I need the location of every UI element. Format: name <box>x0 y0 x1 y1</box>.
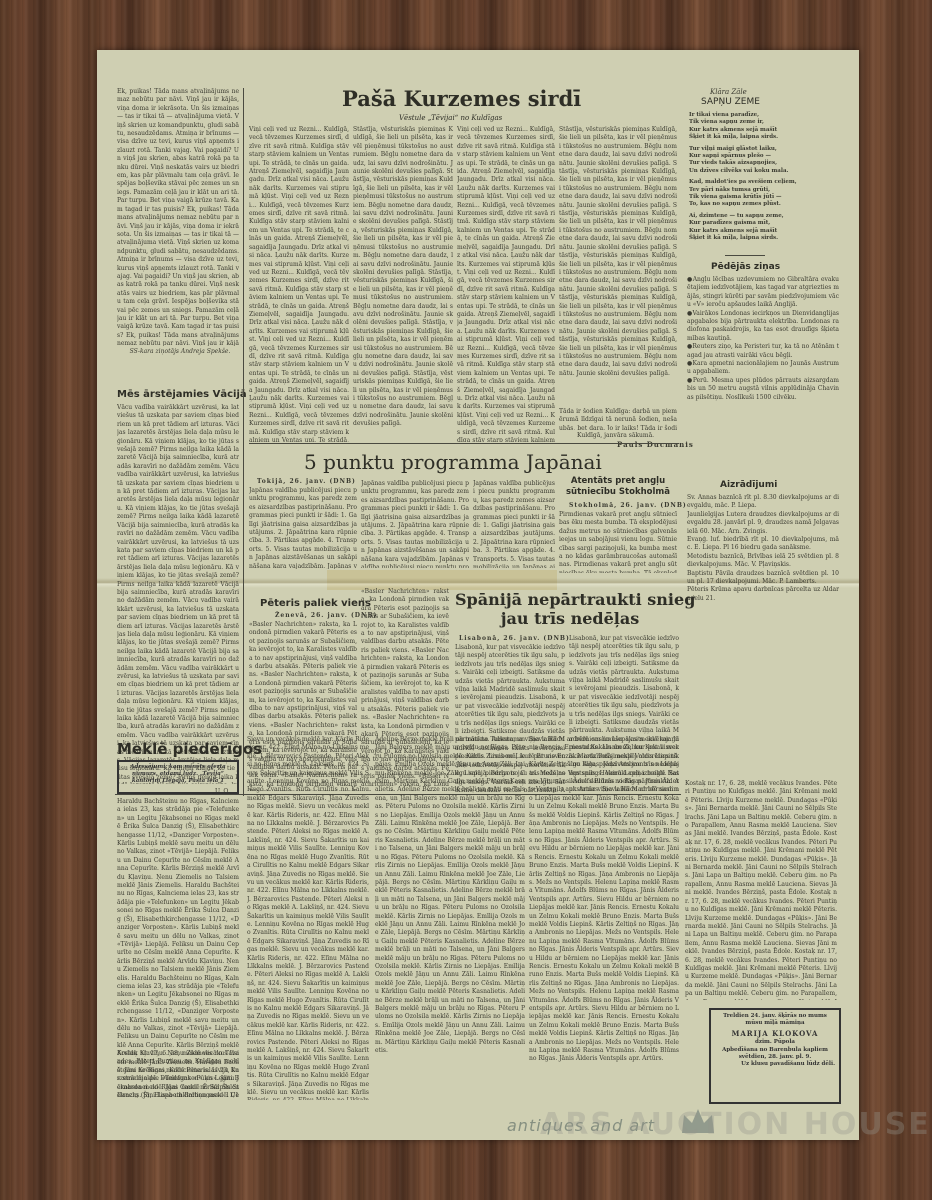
left-column-intro: Ek, puikas! Tāda mans atvaļinājums nemaz… <box>117 88 239 346</box>
classifieds-col-4: Sievu Hildu ar bērniem no Liepājas meklē… <box>529 736 679 1100</box>
japan-dateline: Tokijā, 26. janv. (DNB) <box>257 478 356 485</box>
obituary-content: Treldien 24. janv. šķīrās no mums mūsu m… <box>711 1010 839 1072</box>
notice-item: Metodistu baznīcā, Brīvības ielā 25 svēt… <box>687 553 839 570</box>
headline-atentats-stokholma: Atentāts pret angļu sūtniecību Stokholmā <box>559 476 677 498</box>
poem-body: Ir tikai viena paradīze,Tik viena sapņu … <box>689 112 839 243</box>
news-item: Perū. Mesma upes plūdos pārrauts aizsarg… <box>687 377 839 402</box>
section-title-aizradijumi: Aizrādījumi <box>720 480 777 490</box>
top-article-closing: Tāda ir šodien Kuldīga: darbā un piemēru… <box>559 408 677 430</box>
obituary-line-1: Treldien 24. janv. šķīrās no mums mūsu m… <box>715 1013 835 1028</box>
classifieds-col-2: Sievu un vecākus meklē kar. Kārlis Rider… <box>247 736 369 1100</box>
classifieds-notice: Adresējumi, kam minēts oferta numurs, at… <box>119 762 237 787</box>
japan-article-col-3: Japānas valdība publicējusi piecu punktu… <box>473 480 555 568</box>
obituary-burial: Apbedīšana no Barenbula kapliem svētdien… <box>715 1047 835 1062</box>
newspaper-page: Ek, puikas! Tāda mans atvaļinājums nemaz… <box>97 50 859 1140</box>
headline-spanija-snieg: Spānijā nepārtraukti snieg jau trīs nedē… <box>455 590 685 628</box>
headline-spanija-line-1: Spānijā nepārtraukti snieg <box>455 590 685 609</box>
news-item: Kara apmetni nacionālajiem no Jaunās Aus… <box>687 360 839 377</box>
stockholm-dateline: Stokholmā, 26. janv. (DNB) <box>569 502 687 509</box>
top-article-column-2: Stāstīja, vēsturiskās piemiņas Kuldīgā, … <box>353 126 453 442</box>
notice-item: Jaunlielgijas Lutera draudzes dievkalpoj… <box>687 511 839 536</box>
top-article-author: Pauls Ducmanis <box>617 440 694 449</box>
classifieds-col-5: Kostaķ nr. 17, 6. 28, meklē vecākus Ivan… <box>685 780 837 1000</box>
classifieds-col-1b: Kostaķ nr. 17, 6. 28, meklē vecākus Ivan… <box>117 1050 239 1100</box>
stockholm-article-text: Pirmdienas vakarā pret angļu sūtniecības… <box>559 511 677 573</box>
headline-peteris-paliek-viens: Pēteris paliek viens <box>260 598 371 609</box>
top-article-column-3: Viņi ceļi ved uz Rezni... Kuldīgā, vecā … <box>457 126 555 442</box>
notice-item: Sv. Annas baznīcā rīt pl. 8.30 dievkalpo… <box>687 494 839 511</box>
poem-author: Klāra Zāle <box>710 88 747 96</box>
section-title-pedejas-zinas: Pēdējās ziņas <box>711 262 780 272</box>
subtitle-vestule: Vēstule „Tēvijai“ no Kuldīgas <box>399 114 502 122</box>
headline-pasa-kurzemes-sirdi: Pašā Kurzemes sirdī <box>342 86 581 111</box>
top-article-signoff-place: Kuldīgā, janvāra sākumā. <box>577 432 654 439</box>
obituary-name: MARIJA KLOKOVA <box>715 1030 835 1037</box>
latest-news-list: Angļu lēcības uzdevumiem no Gibraltāra e… <box>687 276 839 482</box>
top-article-column-4: Stāstīja, vēsturiskās piemiņas Kuldīgā, … <box>559 126 677 406</box>
obituary-box: Treldien 24. janv. šķīrās no mums mūsu m… <box>709 1008 841 1104</box>
notice-item: Evaņģ. luť. biedrībā rīt pl. 10 dievkalp… <box>687 536 839 553</box>
japan-article-col-2: Japānas valdība publicējusi piecu punktu… <box>361 480 469 568</box>
poem-divider <box>725 255 765 256</box>
headline-mekle-piederigos: Meklē piederīgos <box>117 740 262 758</box>
notice-item: Pēteris Krūma apavu darbnīcas pārcelta u… <box>687 586 839 603</box>
notice-item: Baptistu Pāvila draudzes baznīcā svētdie… <box>687 570 839 587</box>
classifieds-notice-box: Adresējumi, kam minēts oferta numurs, at… <box>117 760 239 794</box>
news-item: Reuters ziņo, ka Peristeri tur, ka tā no… <box>687 343 839 360</box>
obituary-closing: Uz klusu pavadīšanu lūdz dēli. <box>715 1061 835 1068</box>
watermark-brand: ARS AUCTION HOUSE <box>540 1107 931 1142</box>
section-title-mes-arstejamies: Mēs ārstējamies Vācijā <box>117 389 247 400</box>
spain-dateline: Lisabonā, 26. janv. (DNB) <box>459 635 570 642</box>
japan-article-col-1: Japānas valdība publicējusi piecu punktu… <box>249 487 357 569</box>
column-divider <box>243 88 244 796</box>
headline-spanija-line-2: jau trīs nedēļas <box>455 609 685 628</box>
classifieds-col-3: Adeline Bērze meklē brāļi un māti no Tal… <box>375 736 525 1100</box>
left-column-section2-text: Vācu vadība vairākkārt uzvērusi, ka latv… <box>117 404 239 784</box>
news-item: Angļu lēcības uzdevumiem no Gibraltāra e… <box>687 276 839 310</box>
news-item: Vairākos Londonas iecirkņos un Dienvidan… <box>687 310 839 344</box>
headline-5-punktu-programma: 5 punktu programma Japānai <box>304 450 602 474</box>
left-column-credit: SS-kara ziņotājs Andreja Spekše. <box>119 348 241 355</box>
section-divider-top <box>249 443 679 444</box>
notices-list: Sv. Annas baznīcā rīt pl. 8.30 dievkalpo… <box>687 494 839 774</box>
top-article-column-1: Viņi ceļi ved uz Rezni... Kuldīgā, vecā … <box>249 126 349 442</box>
obituary-maiden-name: dzim. Pūpola <box>715 1039 835 1046</box>
poem-title: SAPŅU ZEME <box>701 97 760 107</box>
